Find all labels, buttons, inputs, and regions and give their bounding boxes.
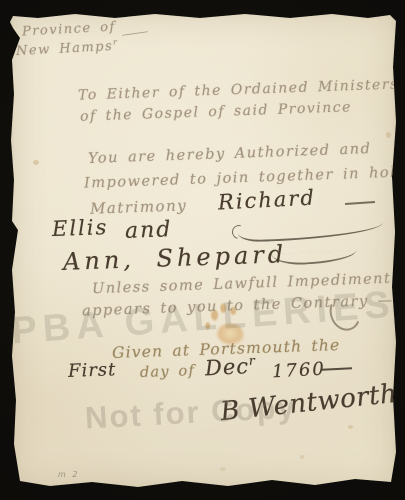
conjunction-word: and	[125, 217, 173, 244]
foxing-spot	[348, 425, 353, 429]
governor-signature: B Wentworth	[219, 379, 399, 427]
day-word: First	[68, 359, 117, 382]
pencil-notation: m 2	[58, 470, 79, 479]
province-name-suffix: r	[113, 37, 119, 46]
province-heading-line2: New Hampsr	[16, 37, 119, 59]
foxing-spot	[220, 467, 226, 471]
blank-line-dash	[345, 201, 375, 205]
province-heading-line1: Province of	[22, 20, 117, 40]
pen-swoosh-flourish	[238, 219, 384, 242]
heading-flourish	[122, 31, 148, 36]
year-dash	[322, 367, 352, 371]
month-word: Decr	[204, 353, 256, 381]
groom-last-name: Ellis	[52, 215, 109, 241]
salutation-line2: of the Gospel of said Province	[80, 99, 352, 124]
year-value: 1760	[271, 359, 326, 383]
province-name: New Hamps	[16, 39, 114, 59]
manuscript-paper: Province of New Hampsr To Either of the …	[10, 12, 397, 489]
month-suffix: r	[248, 353, 256, 368]
month-abbrev: Dec	[204, 354, 249, 380]
photograph-background: Province of New Hampsr To Either of the …	[0, 0, 405, 500]
foxing-spot	[33, 160, 39, 165]
foxing-spot	[300, 455, 304, 459]
authorization-line1: You are hereby Authorized and	[88, 141, 372, 167]
bride-name: Ann, Shepard	[63, 240, 288, 276]
foxing-spot	[386, 132, 391, 138]
day-of-label: day of	[140, 363, 196, 381]
authorization-line2: Impowered to join together in holy	[84, 164, 405, 191]
groom-first-name: Richard	[217, 185, 316, 214]
